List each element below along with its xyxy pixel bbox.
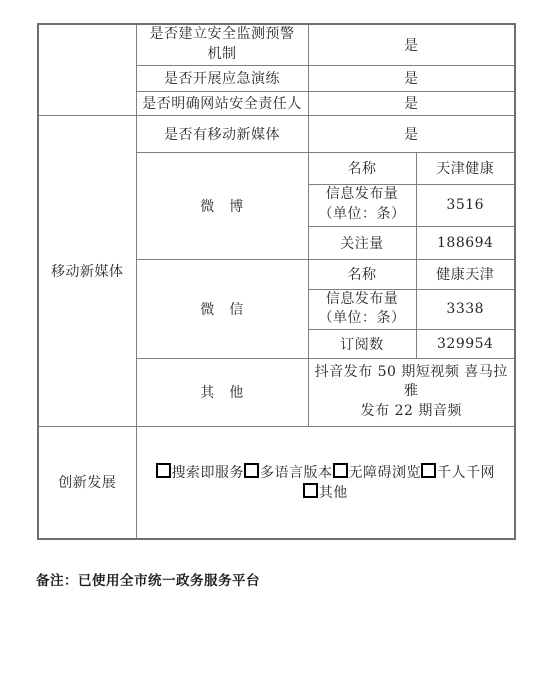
answer-security-officer: 是	[308, 91, 515, 115]
wechat-name-value: 健康天津	[416, 259, 515, 289]
wechat-posts-label: 信息发布量 （单位：条）	[308, 289, 416, 329]
innovation-options-cell: 搜索即服务多语言版本无障碍浏览千人千网其他	[136, 426, 515, 539]
section-label-mobile-media: 移动新媒体	[38, 115, 136, 426]
checkbox-icon	[333, 463, 348, 478]
wechat-name-label: 名称	[308, 259, 416, 289]
annual-report-table: 是否建立安全监测预警 机制 是 是否开展应急演练 是 是否明确网站安全责任人 是…	[37, 23, 516, 540]
checkbox-option-accessibility[interactable]: 无障碍浏览	[333, 465, 422, 481]
weibo-posts-label: 信息发布量 （单位：条）	[308, 184, 416, 226]
wechat-subs-value: 329954	[416, 329, 515, 358]
wechat-posts-label-line: （单位：条）	[313, 309, 412, 329]
checkbox-label: 搜索即服务	[172, 465, 245, 481]
weibo-label: 微 博	[136, 152, 308, 259]
wechat-posts-value: 3338	[416, 289, 515, 329]
other-media-value-line: 抖音发布 50 期短视频 喜马拉雅	[313, 363, 511, 402]
question-security-monitoring: 是否建立安全监测预警 机制	[136, 24, 308, 65]
other-media-value-line: 发布 22 期音频	[313, 402, 511, 422]
remark-note: 备注：已使用全市统一政务服务平台	[36, 569, 260, 589]
table-row: 移动新媒体 是否有移动新媒体 是	[38, 115, 515, 152]
checkbox-option-personalized[interactable]: 千人千网	[421, 465, 495, 481]
question-label-line: 机制	[141, 45, 304, 65]
checkbox-icon	[156, 463, 171, 478]
other-media-label: 其 他	[136, 358, 308, 426]
other-media-value: 抖音发布 50 期短视频 喜马拉雅 发布 22 期音频	[308, 358, 515, 426]
section-cell-empty	[38, 24, 136, 115]
weibo-followers-label: 关注量	[308, 226, 416, 259]
checkbox-icon	[244, 463, 259, 478]
checkbox-option-multilingual[interactable]: 多语言版本	[244, 465, 333, 481]
answer-emergency-drill: 是	[308, 65, 515, 91]
section-label-innovation: 创新发展	[38, 426, 136, 539]
question-label-line: 是否建立安全监测预警	[141, 25, 304, 45]
answer-has-new-media: 是	[308, 115, 515, 152]
checkbox-option-search-as-service[interactable]: 搜索即服务	[156, 465, 245, 481]
checkbox-label: 千人千网	[437, 465, 495, 481]
answer-security-monitoring: 是	[308, 24, 515, 65]
checkbox-label: 其他	[319, 485, 348, 501]
wechat-posts-label-line: 信息发布量	[313, 290, 412, 310]
checkbox-label: 无障碍浏览	[349, 465, 422, 481]
weibo-name-label: 名称	[308, 152, 416, 184]
report-page: 是否建立安全监测预警 机制 是 是否开展应急演练 是 是否明确网站安全责任人 是…	[0, 0, 545, 695]
weibo-followers-value: 188694	[416, 226, 515, 259]
checkbox-icon	[303, 483, 318, 498]
table-row: 创新发展 搜索即服务多语言版本无障碍浏览千人千网其他	[38, 426, 515, 539]
checkbox-label: 多语言版本	[260, 465, 333, 481]
question-has-new-media: 是否有移动新媒体	[136, 115, 308, 152]
checkbox-option-other[interactable]: 其他	[303, 485, 348, 501]
weibo-name-value: 天津健康	[416, 152, 515, 184]
question-security-officer: 是否明确网站安全责任人	[136, 91, 308, 115]
wechat-label: 微 信	[136, 259, 308, 358]
checkbox-icon	[421, 463, 436, 478]
weibo-posts-label-line: （单位：条）	[313, 205, 412, 225]
wechat-subs-label: 订阅数	[308, 329, 416, 358]
table-row: 是否建立安全监测预警 机制 是	[38, 24, 515, 65]
weibo-posts-value: 3516	[416, 184, 515, 226]
weibo-posts-label-line: 信息发布量	[313, 185, 412, 205]
question-emergency-drill: 是否开展应急演练	[136, 65, 308, 91]
